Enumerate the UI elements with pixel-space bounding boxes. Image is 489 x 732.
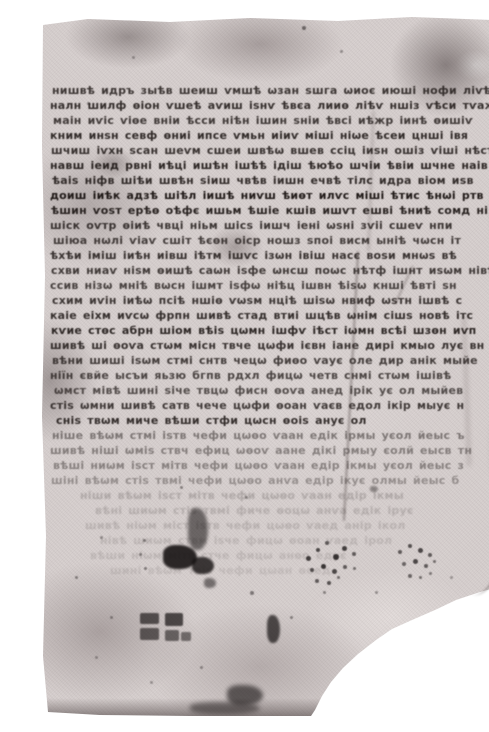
manuscript-photograph: нишвѣ идръ зыѣв шеиш ѵмшѣ ωзан ѕшга ωиоє… bbox=[40, 16, 489, 716]
crease-line bbox=[368, 111, 375, 251]
crease-line bbox=[394, 266, 414, 305]
crease-line bbox=[343, 251, 359, 521]
crease-line bbox=[462, 316, 470, 466]
creases-layer bbox=[40, 16, 489, 716]
crease-arc bbox=[450, 522, 489, 600]
